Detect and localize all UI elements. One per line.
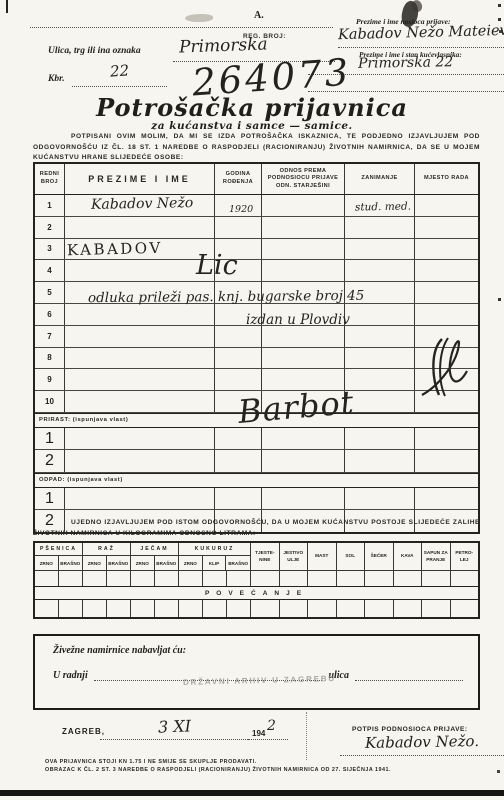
relation-cell <box>262 326 345 347</box>
purchase-line1: Živežne namirnice nabavljat ću: <box>53 645 186 656</box>
odpad-section-label: ODPAD: (ispunjava vlast) <box>35 473 478 488</box>
col-secer: ŠEĆER <box>365 543 394 570</box>
handwritten-annotation-line2: izdan u Plovdiv <box>246 312 350 328</box>
house-number-field: 22 <box>72 62 167 87</box>
relation-cell <box>262 450 345 472</box>
group-label: RAŽ <box>83 543 130 556</box>
blank-dotted-line <box>30 16 333 28</box>
occupation-cell <box>345 217 415 238</box>
name-cell: Kabadov Nežo <box>65 195 215 216</box>
occupation-cell <box>345 428 415 450</box>
year-cell <box>215 369 262 390</box>
relation-cell <box>262 239 345 260</box>
workplace-cell <box>415 239 478 260</box>
shop-label: U radnji <box>53 670 88 681</box>
supplies-empty-row <box>35 570 478 586</box>
year-cell <box>215 217 262 238</box>
workplace-cell <box>415 195 478 216</box>
relation-cell <box>262 195 345 216</box>
relation-cell <box>262 428 345 450</box>
handwritten-annotation-big: Lic <box>196 250 238 281</box>
row-number: 6 <box>35 304 65 325</box>
group-label: KUKURUZ <box>179 543 250 556</box>
col-sapun: SAPUN ZA PRANJE <box>422 543 451 570</box>
prirast-row: 1 <box>35 428 478 451</box>
occupation-cell <box>345 391 415 412</box>
row-number: 9 <box>35 369 65 390</box>
name-cell <box>65 369 215 390</box>
workplace-cell <box>415 217 478 238</box>
table-row: 4 <box>35 260 478 282</box>
year-cell <box>215 450 262 472</box>
col-tjestenine: TJESTE-NINE <box>251 543 280 570</box>
occupation-cell: stud. med. <box>345 195 415 216</box>
holder-name-field: Kabadov Nežo Mateiev <box>338 24 504 48</box>
sub-col-label: ZRNO <box>83 556 107 570</box>
handwritten-date: 3 XI <box>157 716 191 736</box>
relation-cell <box>262 348 345 369</box>
occupation-cell <box>345 239 415 260</box>
landlord-handwritten: Primorska 22 <box>358 54 454 72</box>
row-number: 1 <box>35 488 65 510</box>
sub-col-label: KLIP <box>203 556 227 570</box>
sub-col-label: ZRNO <box>131 556 155 570</box>
form-title: Potrošačka prijavnica <box>0 93 504 122</box>
row-number: 7 <box>35 326 65 347</box>
row-number: 8 <box>35 348 65 369</box>
sub-col-label: BRAŠNO <box>226 556 250 570</box>
persons-table-header-row: REDNI BROJ PREZIME I IME GODINA ROĐENJA … <box>35 164 478 195</box>
relation-cell <box>262 217 345 238</box>
table-row: 3 KABADOV <box>35 239 478 261</box>
name-cell <box>65 391 215 412</box>
odpad-row: 1 <box>35 488 478 511</box>
year-cell <box>215 326 262 347</box>
col-header-zanimanje: ZANIMANJE <box>345 164 415 194</box>
house-number-label: Kbr. <box>48 74 65 84</box>
col-sol: SOL <box>337 543 366 570</box>
occupation-cell <box>345 488 415 510</box>
house-number-handwritten: 22 <box>109 61 129 80</box>
table-row: 1 Kabadov Nežo 1920 stud. med. <box>35 195 478 217</box>
name-cell <box>65 326 215 347</box>
name-cell <box>65 450 215 472</box>
group-raz: RAŽ ZRNO BRAŠNO <box>83 543 131 570</box>
sub-col-label: BRAŠNO <box>59 556 82 570</box>
city-label: ZAGREB, <box>62 727 105 736</box>
sub-col-label: BRAŠNO <box>155 556 178 570</box>
fold-mark <box>306 712 308 760</box>
purchase-declaration-box: Živežne namirnice nabavljat ću: U radnji… <box>33 634 480 710</box>
col-header-prezime-ime: PREZIME I IME <box>65 164 215 194</box>
supplies-header-row: PŠENICA ZRNO BRAŠNO RAŽ ZRNO BRAŠNO JEČA… <box>35 543 478 570</box>
name-cell <box>65 488 215 510</box>
workplace-cell <box>415 282 478 303</box>
form-corner-letter: A. <box>254 10 264 21</box>
row-number: 1 <box>35 195 65 216</box>
year-cell <box>215 428 262 450</box>
signature-field: Kabadov Nežo. <box>340 733 504 756</box>
col-header-odnos: ODNOS PREMA PODNOSIOCU PRIJAVE ODN. STAR… <box>262 164 345 194</box>
col-header-redni-broj: REDNI BROJ <box>35 164 65 194</box>
occupation-cell <box>345 369 415 390</box>
group-label: JEČAM <box>131 543 178 556</box>
year-printed: 194 <box>252 729 265 738</box>
sub-col-label: ZRNO <box>35 556 59 570</box>
name-cell: KABADOV <box>65 239 215 260</box>
date-field: 3 XI <box>100 714 248 740</box>
row-number: 10 <box>35 391 65 412</box>
supplies-table: PŠENICA ZRNO BRAŠNO RAŽ ZRNO BRAŠNO JEČA… <box>33 541 480 619</box>
name-cell <box>65 304 215 325</box>
declaration-paragraph: POTPISANI OVIM MOLIM, DA MI SE IZDA POTR… <box>33 132 480 164</box>
name-cell <box>65 260 215 281</box>
col-petrolej: PETRO-LEJ <box>451 543 479 570</box>
holder-name-handwritten: Kabadov Nežo Mateiev <box>338 23 504 43</box>
col-jestivo-ulje: JESTIVO ULJE <box>280 543 309 570</box>
handwritten-annotation-line1: odluka prileži pas. knj. bugarske broj 4… <box>88 288 364 306</box>
col-kava: KAVA <box>394 543 423 570</box>
handwritten-year-digit: 2 <box>267 718 276 734</box>
sub-col-label: BRAŠNO <box>107 556 130 570</box>
year-cell: 1920 <box>215 195 262 216</box>
relation-cell <box>262 260 345 281</box>
scan-speckles <box>498 4 501 7</box>
prirast-row: 2 <box>35 450 478 473</box>
group-label: PŠENICA <box>35 543 82 556</box>
povecanje-band: POVEĆANJE <box>35 586 478 600</box>
footnote-regulation: OBRAZAC K ČL. 2 ST. 3 NAREDBE O RASPODJE… <box>45 767 391 773</box>
row-number: 3 <box>35 239 65 260</box>
scanned-form-page: A. REG. BROJ: Prezime i ime nosioca prij… <box>0 0 504 800</box>
occupation-cell <box>345 304 415 325</box>
row-number: 4 <box>35 260 65 281</box>
occupation-cell <box>345 326 415 347</box>
year-cell <box>215 348 262 369</box>
row-number: 5 <box>35 282 65 303</box>
occupation-cell <box>345 260 415 281</box>
street-handwritten: Primorska <box>179 34 268 57</box>
footnote-price: OVA PRIJAVNICA STOJI KN 1.75 I NE SMIJE … <box>45 759 257 765</box>
group-kukuruz: KUKURUZ ZRNO KLIP BRAŠNO <box>179 543 251 570</box>
table-row: 2 <box>35 217 478 239</box>
handwritten-year: 1920 <box>229 204 253 215</box>
workplace-cell <box>415 450 478 472</box>
blank-dotted-line <box>355 668 463 681</box>
name-cell <box>65 428 215 450</box>
occupation-cell <box>345 348 415 369</box>
workplace-cell <box>415 428 478 450</box>
row-number: 2 <box>35 450 65 472</box>
handwritten-signature: Kabadov Nežo. <box>365 732 479 752</box>
col-header-godina: GODINA ROĐENJA <box>215 164 262 194</box>
handwritten-occupation: stud. med. <box>355 201 411 214</box>
name-cell <box>65 348 215 369</box>
scan-bottom-bar <box>0 790 504 796</box>
sub-col-label: ZRNO <box>179 556 203 570</box>
name-cell <box>65 217 215 238</box>
handwritten-flourish <box>412 335 470 399</box>
col-mast: MAST <box>308 543 337 570</box>
workplace-cell <box>415 304 478 325</box>
workplace-cell <box>415 488 478 510</box>
row-number: 2 <box>35 217 65 238</box>
relation-cell <box>262 488 345 510</box>
form-subtitle: za kućanstva i samce — samice. <box>0 120 504 132</box>
handwritten-name: Kabadov Nežo <box>91 195 193 213</box>
supplies-declaration-paragraph: UJEDNO IZJAVLJUJEM POD ISTOM ODGOVORNOŠĆ… <box>33 518 480 539</box>
year-cell <box>215 488 262 510</box>
group-jecam: JEČAM ZRNO BRAŠNO <box>131 543 179 570</box>
col-header-mjesto-rada: MJESTO RADA <box>415 164 478 194</box>
occupation-cell <box>345 450 415 472</box>
street-label: Ulica, trg ili ina oznaka <box>48 46 141 56</box>
group-psenica: PŠENICA ZRNO BRAŠNO <box>35 543 83 570</box>
supplies-empty-row <box>35 600 478 617</box>
handwritten-name-caps: KABADOV <box>67 238 163 258</box>
row-number: 1 <box>35 428 65 450</box>
scan-edge-mark <box>6 0 8 13</box>
workplace-cell <box>415 260 478 281</box>
